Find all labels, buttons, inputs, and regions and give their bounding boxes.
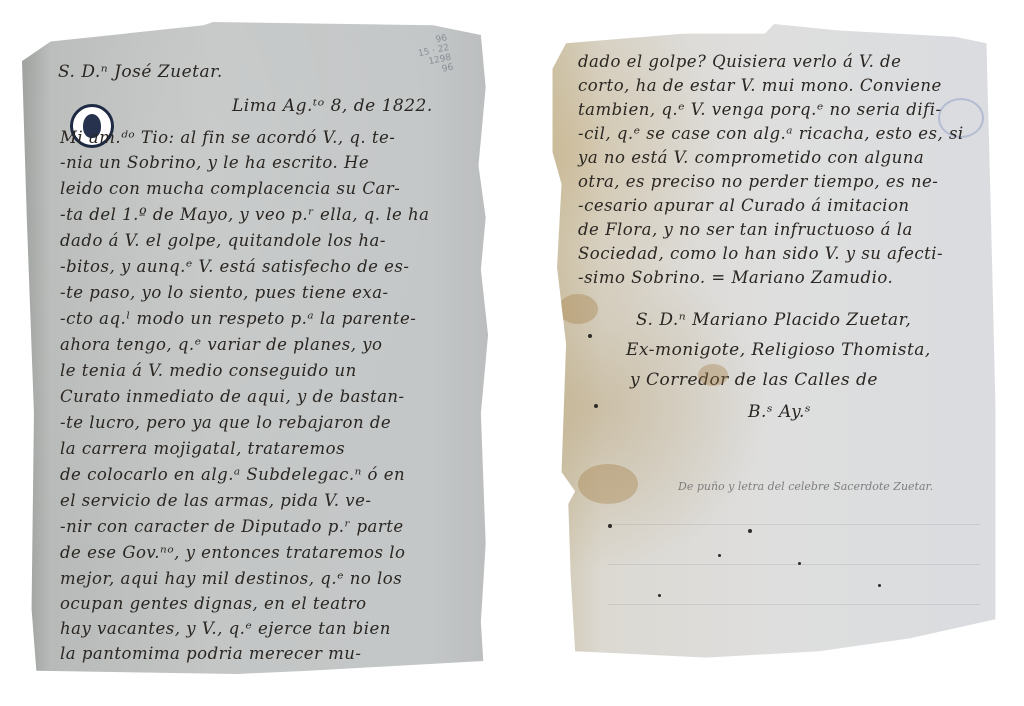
address-line: B.ˢ Ay.ˢ — [748, 402, 1000, 422]
letter-line: dado el golpe? Quisiera verlo á V. de — [578, 52, 1000, 72]
letter-line: Sociedad, como lo han sido V. y su afect… — [578, 244, 1000, 264]
ink-spot — [718, 554, 721, 557]
letter-line: -cesario apurar al Curado á imitacion — [578, 196, 1000, 216]
letter-line: mejor, aqui hay mil destinos, q.ᵉ no los — [60, 569, 500, 589]
letter-line: -cil, q.ᵉ se case con alg.ᵃ ricacha, est… — [578, 124, 1000, 144]
letter-page-left: 96 15 · 22 1298 96 S. D.ⁿ José Zuetar. L… — [22, 22, 500, 674]
letter-addressee: S. D.ⁿ José Zuetar. — [58, 62, 500, 82]
letter-line: -nir con caracter de Diputado p.ʳ parte — [60, 517, 500, 537]
faint-ruled-line — [608, 604, 980, 605]
faint-ruled-line — [608, 524, 980, 525]
letter-dateline: Lima Ag.ᵗᵒ 8, de 1822. — [232, 96, 500, 116]
letter-line: -ta del 1.º de Mayo, y veo p.ʳ ella, q. … — [60, 205, 500, 225]
letter-line: ocupan gentes dignas, en el teatro — [60, 594, 500, 614]
letter-line: -te paso, yo lo siento, pues tiene exa- — [60, 283, 500, 303]
letter-line: ahora tengo, q.ᵉ variar de planes, yo — [60, 335, 500, 355]
letter-line: el servicio de las armas, pida V. ve- — [60, 491, 500, 511]
letter-line: la carrera mojigatal, trataremos — [60, 439, 500, 459]
letter-line: la pantomima podria merecer mu- — [60, 644, 500, 664]
paper-stain — [578, 464, 638, 504]
ink-spot — [878, 584, 881, 587]
letter-line: otra, es preciso no perder tiempo, es ne… — [578, 172, 1000, 192]
address-line: S. D.ⁿ Mariano Placido Zuetar, — [636, 310, 1000, 330]
letter-line: tambien, q.ᵉ V. venga porq.ᵉ no seria di… — [578, 100, 1000, 120]
address-line: Ex-monigote, Religioso Thomista, — [626, 340, 1000, 360]
letter-line: -te lucro, pero ya que lo rebajaron de — [60, 413, 500, 433]
ink-spot — [608, 524, 612, 528]
letter-line: -cto aq.ˡ modo un respeto p.ᵃ la parente… — [60, 309, 500, 329]
faint-pencil-note: De puño y letra del celebre Sacerdote Zu… — [678, 480, 933, 493]
letter-line: hay vacantes, y V., q.ᵉ ejerce tan bien — [60, 619, 500, 639]
letter-line: ya no está V. comprometido con alguna — [578, 148, 1000, 168]
letter-line: Mi am.ᵈᵒ Tio: al fin se acordó V., q. te… — [60, 128, 500, 148]
letter-line: de colocarlo en alg.ᵃ Subdelegac.ⁿ ó en — [60, 465, 500, 485]
ink-spot — [798, 562, 801, 565]
letter-line: Curato inmediato de aqui, y de bastan- — [60, 387, 500, 407]
letter-page-right: dado el golpe? Quisiera verlo á V. de co… — [548, 24, 1000, 664]
letter-line: leido con mucha complacencia su Car- — [60, 179, 500, 199]
letter-line: dado á V. el golpe, quitandole los ha- — [60, 231, 500, 251]
letter-line: -nia un Sobrino, y le ha escrito. He — [60, 153, 500, 173]
letter-line letter-signature: -simo Sobrino. = Mariano Zamudio. — [578, 268, 1000, 288]
paper-stain — [698, 364, 728, 386]
ink-spot — [658, 594, 661, 597]
ink-spot — [748, 529, 752, 533]
paper-stain — [558, 294, 598, 324]
letter-line: de Flora, y no ser tan infructuoso á la — [578, 220, 1000, 240]
ink-spot — [588, 334, 592, 338]
address-line: y Corredor de las Calles de — [630, 370, 1000, 390]
letter-line: le tenia á V. medio conseguido un — [60, 361, 500, 381]
letter-line: de ese Gov.ⁿᵒ, y entonces trataremos lo — [60, 543, 500, 563]
letter-line: corto, ha de estar V. mui mono. Conviene — [578, 76, 1000, 96]
faint-ruled-line — [608, 564, 980, 565]
ink-spot — [594, 404, 598, 408]
letter-line: -bitos, y aunq.ᵉ V. está satisfecho de e… — [60, 257, 500, 277]
